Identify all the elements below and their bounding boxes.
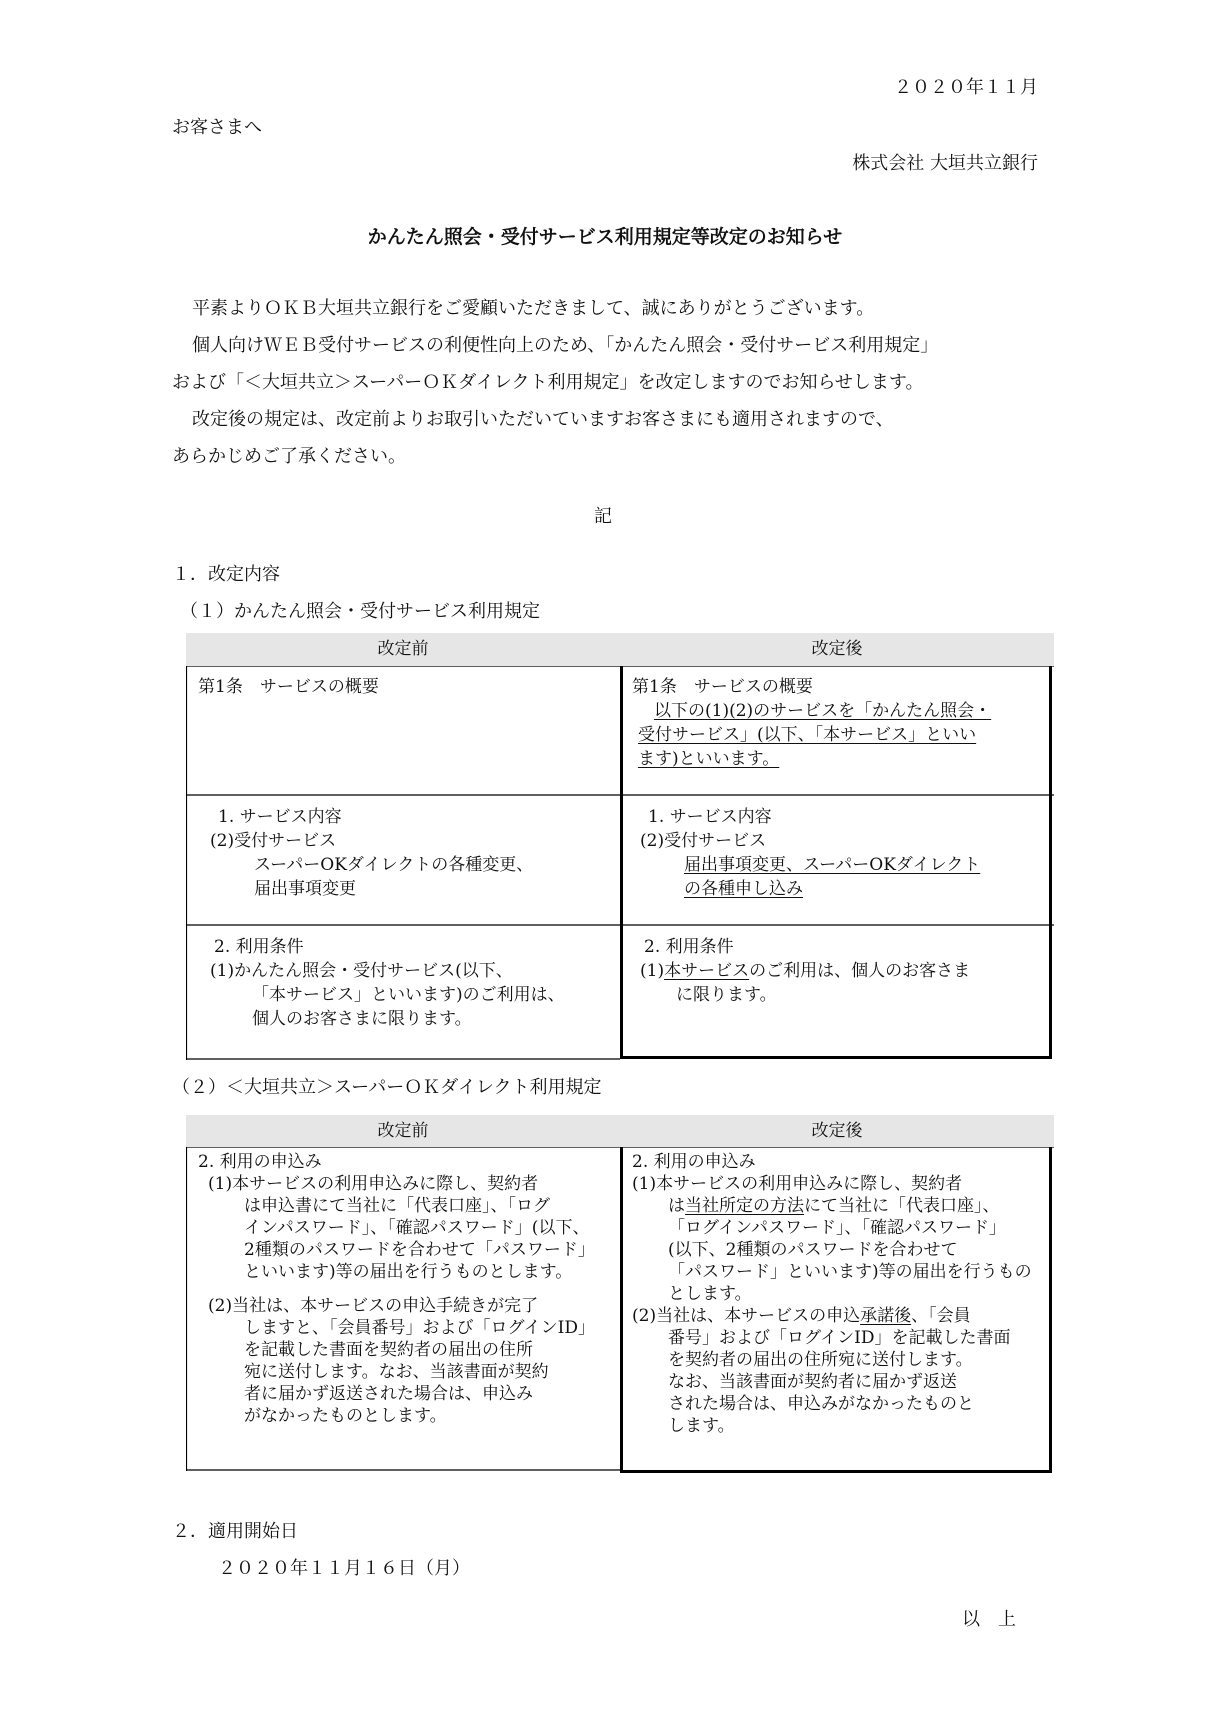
cell-text: 届出事項変更	[204, 877, 614, 901]
comparison-table-2: 改定前 改定後 2. 利用の申込み (1)本サービスの利用申込みに際し、契約者 …	[186, 1115, 1054, 1475]
cell-text: 「本サービス」といいます)のご利用は、	[204, 983, 614, 1007]
cell-text: (2)受付サービス	[204, 829, 614, 853]
recipient: お客さまへ	[172, 116, 262, 140]
cell-text: 「パスワード」といいます)等の届出を行うもの	[632, 1261, 1048, 1283]
intro-line: あらかじめご了承ください。	[172, 438, 938, 475]
spacer	[198, 1283, 614, 1295]
cell-text: インパスワード」、「確認パスワード」(以下、	[198, 1217, 614, 1239]
cell-text: 2. 利用の申込み	[198, 1151, 614, 1173]
cell-text: 者に届かず返送された場合は、申込み	[198, 1383, 614, 1405]
intro-line: 改定後の規定は、改定前よりお取引いただいていますお客さまにも適用されますので、	[172, 401, 938, 438]
cell-text: (2)受付サービス	[634, 829, 1048, 853]
cell-text: 番号」および「ログインID」を記載した書面	[632, 1327, 1048, 1349]
row2-before: 1. サービス内容 (2)受付サービス スーパーOKダイレクトの各種変更、 届出…	[204, 805, 614, 901]
sub2-before: 2. 利用の申込み (1)本サービスの利用申込みに際し、契約者 は申込書にて当社…	[198, 1151, 614, 1427]
cell-text: に限ります。	[634, 983, 1048, 1007]
cell-text: しますと、「会員番号」および「ログインID」	[198, 1317, 614, 1339]
page-title: かんたん照会・受付サービス利用規定等改定のお知らせ	[0, 222, 1210, 249]
cell-text: 2. 利用条件	[204, 935, 614, 959]
ki-marker: 記	[594, 505, 612, 529]
intro-line: および「＜大垣共立＞スーパーＯＫダイレクト利用規定」を改定しますのでお知らせしま…	[172, 364, 938, 401]
changed-text: の各種申し込み	[684, 879, 803, 899]
cell-text: (2)当社は、本サービスの申込	[632, 1306, 860, 1326]
document-date: ２０２０年１１月	[894, 76, 1038, 100]
effective-date: ２０２０年１１月１６日（月）	[218, 1557, 470, 1581]
cell-text: 2. 利用の申込み	[632, 1151, 1048, 1173]
cell-text: します。	[632, 1415, 1048, 1437]
changed-text: 本サービス	[664, 961, 749, 981]
cell-text: 第1条 サービスの概要	[632, 675, 1048, 699]
sub1-heading: （１）かんたん照会・受付サービス利用規定	[180, 600, 540, 624]
cell-text: (1)本サービスの利用申込みに際し、契約者	[632, 1173, 1048, 1195]
cell-text: 個人のお客さまに限ります。	[204, 1007, 614, 1031]
sub2-heading: （２）＜大垣共立＞スーパーＯＫダイレクト利用規定	[172, 1076, 601, 1100]
intro-line: 個人向けＷＥＢ受付サービスの利便性向上のため、「かんたん照会・受付サービス利用規…	[172, 327, 938, 364]
changed-text: 承諾後	[860, 1306, 911, 1326]
changed-text: 届出事項変更、スーパーOKダイレクト	[684, 855, 980, 875]
cell-text: 、「会員	[911, 1306, 971, 1326]
column-header-after: 改定後	[620, 633, 1054, 666]
intro-paragraph: 平素よりＯＫＢ大垣共立銀行をご愛顧いただきまして、誠にありがとうございます。 個…	[172, 290, 938, 475]
cell-text: (1)	[640, 961, 664, 981]
cell-text: がなかったものとします。	[198, 1405, 614, 1427]
cell-text: は申込書にて当社に「代表口座」、「ログ	[198, 1195, 614, 1217]
changed-text: 当社所定の方法	[685, 1196, 804, 1216]
cell-text: なお、当該書面が契約者に届かず返送	[632, 1371, 1048, 1393]
row2-after: 1. サービス内容 (2)受付サービス 届出事項変更、スーパーOKダイレクト の…	[634, 805, 1048, 901]
cell-text: スーパーOKダイレクトの各種変更、	[204, 853, 614, 877]
cell-text: 1. サービス内容	[204, 805, 614, 829]
cell-text: にて当社に「代表口座」、	[804, 1196, 1000, 1216]
cell-text: 「ログインパスワード」、「確認パスワード」	[632, 1217, 1048, 1239]
cell-text: のご利用は、個人のお客さま	[749, 961, 970, 981]
row1-before: 第1条 サービスの概要	[198, 675, 614, 699]
cell-text: 宛に送付します。なお、当該書面が契約	[198, 1361, 614, 1383]
cell-text: 2種類のパスワードを合わせて「パスワード」	[198, 1239, 614, 1261]
changed-text: 以下の(1)(2)のサービスを「かんたん照会・	[654, 701, 991, 721]
cell-text: 第1条 サービスの概要	[198, 675, 614, 699]
changed-text: ます)といいます。	[638, 749, 779, 769]
cell-text: された場合は、申込みがなかったものと	[632, 1393, 1048, 1415]
cell-text: を契約者の届出の住所宛に送付します。	[632, 1349, 1048, 1371]
cell-text: といいます)等の届出を行うものとします。	[198, 1261, 614, 1283]
intro-line: 平素よりＯＫＢ大垣共立銀行をご愛顧いただきまして、誠にありがとうございます。	[172, 290, 938, 327]
row3-before: 2. 利用条件 (1)かんたん照会・受付サービス(以下、 「本サービス」といいま…	[204, 935, 614, 1031]
closing-mark: 以 上	[962, 1608, 1016, 1632]
cell-text: とします。	[632, 1283, 1048, 1305]
comparison-table-1: 改定前 改定後 第1条 サービスの概要 第1条 サービスの概要 以下の(1)(2…	[186, 633, 1054, 1060]
cell-text: は	[668, 1196, 685, 1216]
row1-after: 第1条 サービスの概要 以下の(1)(2)のサービスを「かんたん照会・ 受付サー…	[632, 675, 1048, 771]
changed-text: 受付サービス」(以下、「本サービス」といい	[638, 725, 976, 745]
column-header-before: 改定前	[186, 1115, 620, 1147]
cell-text: 以下の(1)(2)のサービスを「かんたん照会・	[632, 699, 1048, 723]
sender: 株式会社 大垣共立銀行	[852, 152, 1038, 176]
cell-text: 1. サービス内容	[634, 805, 1048, 829]
cell-text: (2)当社は、本サービスの申込手続きが完了	[198, 1295, 614, 1317]
cell-text: (1)本サービスの利用申込みに際し、契約者	[198, 1173, 614, 1195]
column-header-after: 改定後	[620, 1115, 1054, 1147]
sub2-after: 2. 利用の申込み (1)本サービスの利用申込みに際し、契約者 は当社所定の方法…	[632, 1151, 1048, 1437]
column-header-before: 改定前	[186, 633, 620, 666]
row3-after: 2. 利用条件 (1)本サービスのご利用は、個人のお客さま に限ります。	[634, 935, 1048, 1007]
cell-text: を記載した書面を契約者の届出の住所	[198, 1339, 614, 1361]
cell-text: (以下、2種類のパスワードを合わせて	[632, 1239, 1048, 1261]
section2-heading: ２．適用開始日	[172, 1520, 298, 1544]
cell-text: 2. 利用条件	[634, 935, 1048, 959]
section1-heading: １．改定内容	[172, 563, 280, 587]
cell-text: (1)かんたん照会・受付サービス(以下、	[204, 959, 614, 983]
